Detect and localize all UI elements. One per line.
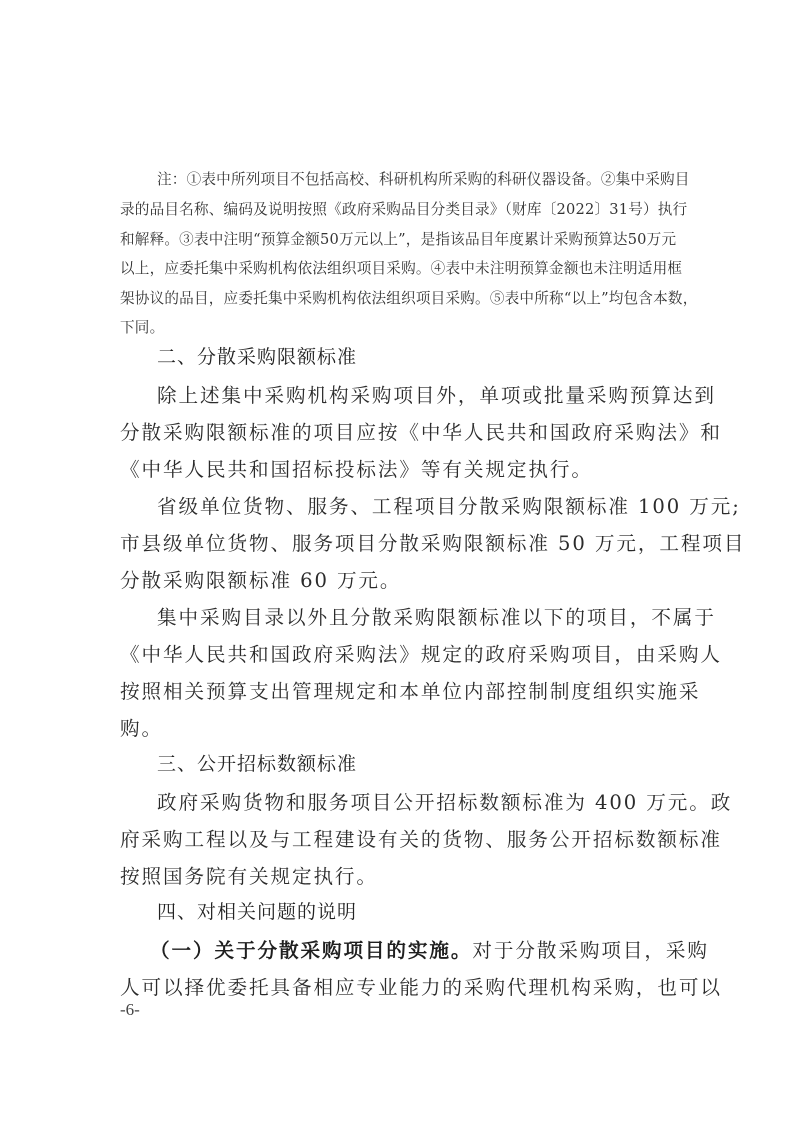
note-line: 以上，应委托集中采购机构依法组织项目采购。④表中未注明预算金额也未注明适用框 <box>120 257 682 278</box>
note-line: 架协议的品目，应委托集中采购机构依法组织项目采购。⑤表中所称“以上”均包含本数， <box>120 287 698 308</box>
body-line: 分散采购限额标准的项目应按《中华人民共和国政府采购法》和 <box>120 416 722 445</box>
body-line: 府采购工程以及与工程建设有关的货物、服务公开招标数额标准 <box>120 823 722 852</box>
section-heading: 四、对相关问题的说明 <box>157 897 357 924</box>
note-line: 和解释。③表中注明“预算金额50万元以上”，是指该品目年度累计采购预算达50万元 <box>120 228 676 249</box>
body-text: 对于分散采购项目，采购 <box>472 939 708 962</box>
section-heading: 二、分散采购限额标准 <box>157 342 357 369</box>
body-line: 省级单位货物、服务、工程项目分散采购限额标准 100 万元; <box>157 490 741 519</box>
body-line: 购。 <box>120 712 163 741</box>
note-line: 录的品目名称、编码及说明按照《政府采购品目分类目录》（财库〔2022〕31号）执… <box>120 198 687 219</box>
body-line: 除上述集中采购机构采购项目外，单项或批量采购预算达到 <box>157 379 716 408</box>
body-line: 分散采购限额标准 60 万元。 <box>120 564 401 593</box>
note-line: 下同。 <box>120 316 164 337</box>
body-line: 人可以择优委托具备相应专业能力的采购代理机构采购，也可以 <box>120 971 722 1000</box>
section-heading: 三、公开招标数额标准 <box>157 749 357 776</box>
subsection-1-line: （一）关于分散采购项目的实施。对于分散采购项目，采购 <box>150 934 709 963</box>
body-line: 市县级单位货物、服务项目分散采购限额标准 50 万元，工程项目 <box>120 527 745 556</box>
body-line: 按照相关预算支出管理规定和本单位内部控制制度组织实施采 <box>120 675 700 704</box>
page-number: -6- <box>120 1000 140 1020</box>
body-line: 按照国务院有关规定执行。 <box>120 860 378 889</box>
body-line: 政府采购货物和服务项目公开招标数额标准为 400 万元。政 <box>157 786 732 815</box>
body-line: 《中华人民共和国招标投标法》等有关规定执行。 <box>120 453 593 482</box>
body-line: 《中华人民共和国政府采购法》规定的政府采购项目，由采购人 <box>120 638 722 667</box>
note-line: 注：①表中所列项目不包括高校、科研机构所采购的科研仪器设备。②集中采购目 <box>157 168 690 189</box>
subsection-title: （一）关于分散采购项目的实施。 <box>150 939 472 962</box>
body-line: 集中采购目录以外且分散采购限额标准以下的项目，不属于 <box>157 601 716 630</box>
